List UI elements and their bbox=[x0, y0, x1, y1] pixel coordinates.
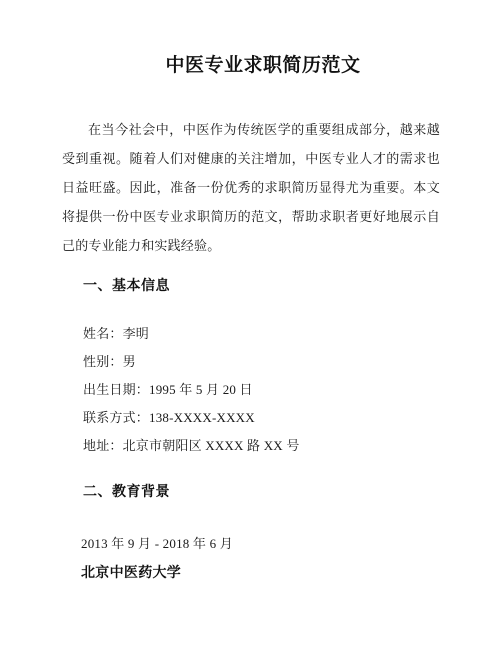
document-title: 中医专业求职简历范文 bbox=[62, 53, 440, 79]
education-school: 北京中医药大学 bbox=[62, 558, 440, 586]
education-period: 2013 年 9 月 - 2018 年 6 月 bbox=[62, 530, 440, 558]
info-line-birth-date: 出生日期：1995 年 5 月 20 日 bbox=[83, 376, 440, 404]
info-line-name: 姓名：李明 bbox=[83, 320, 440, 348]
intro-paragraph: 在当今社会中，中医作为传统医学的重要组成部分，越来越受到重视。随着人们对健康的关… bbox=[62, 115, 440, 260]
section-heading-basic-info: 一、基本信息 bbox=[62, 271, 440, 300]
info-line-contact: 联系方式：138-XXXX-XXXX bbox=[83, 404, 440, 432]
document-page: 中医专业求职简历范文 在当今社会中，中医作为传统医学的重要组成部分，越来越受到重… bbox=[0, 0, 500, 647]
info-line-gender: 性别：男 bbox=[83, 348, 440, 376]
section-heading-education: 二、教育背景 bbox=[62, 477, 440, 506]
info-line-address: 地址：北京市朝阳区 XXXX 路 XX 号 bbox=[83, 432, 440, 460]
basic-info-list: 姓名：李明 性别：男 出生日期：1995 年 5 月 20 日 联系方式：138… bbox=[62, 320, 440, 460]
